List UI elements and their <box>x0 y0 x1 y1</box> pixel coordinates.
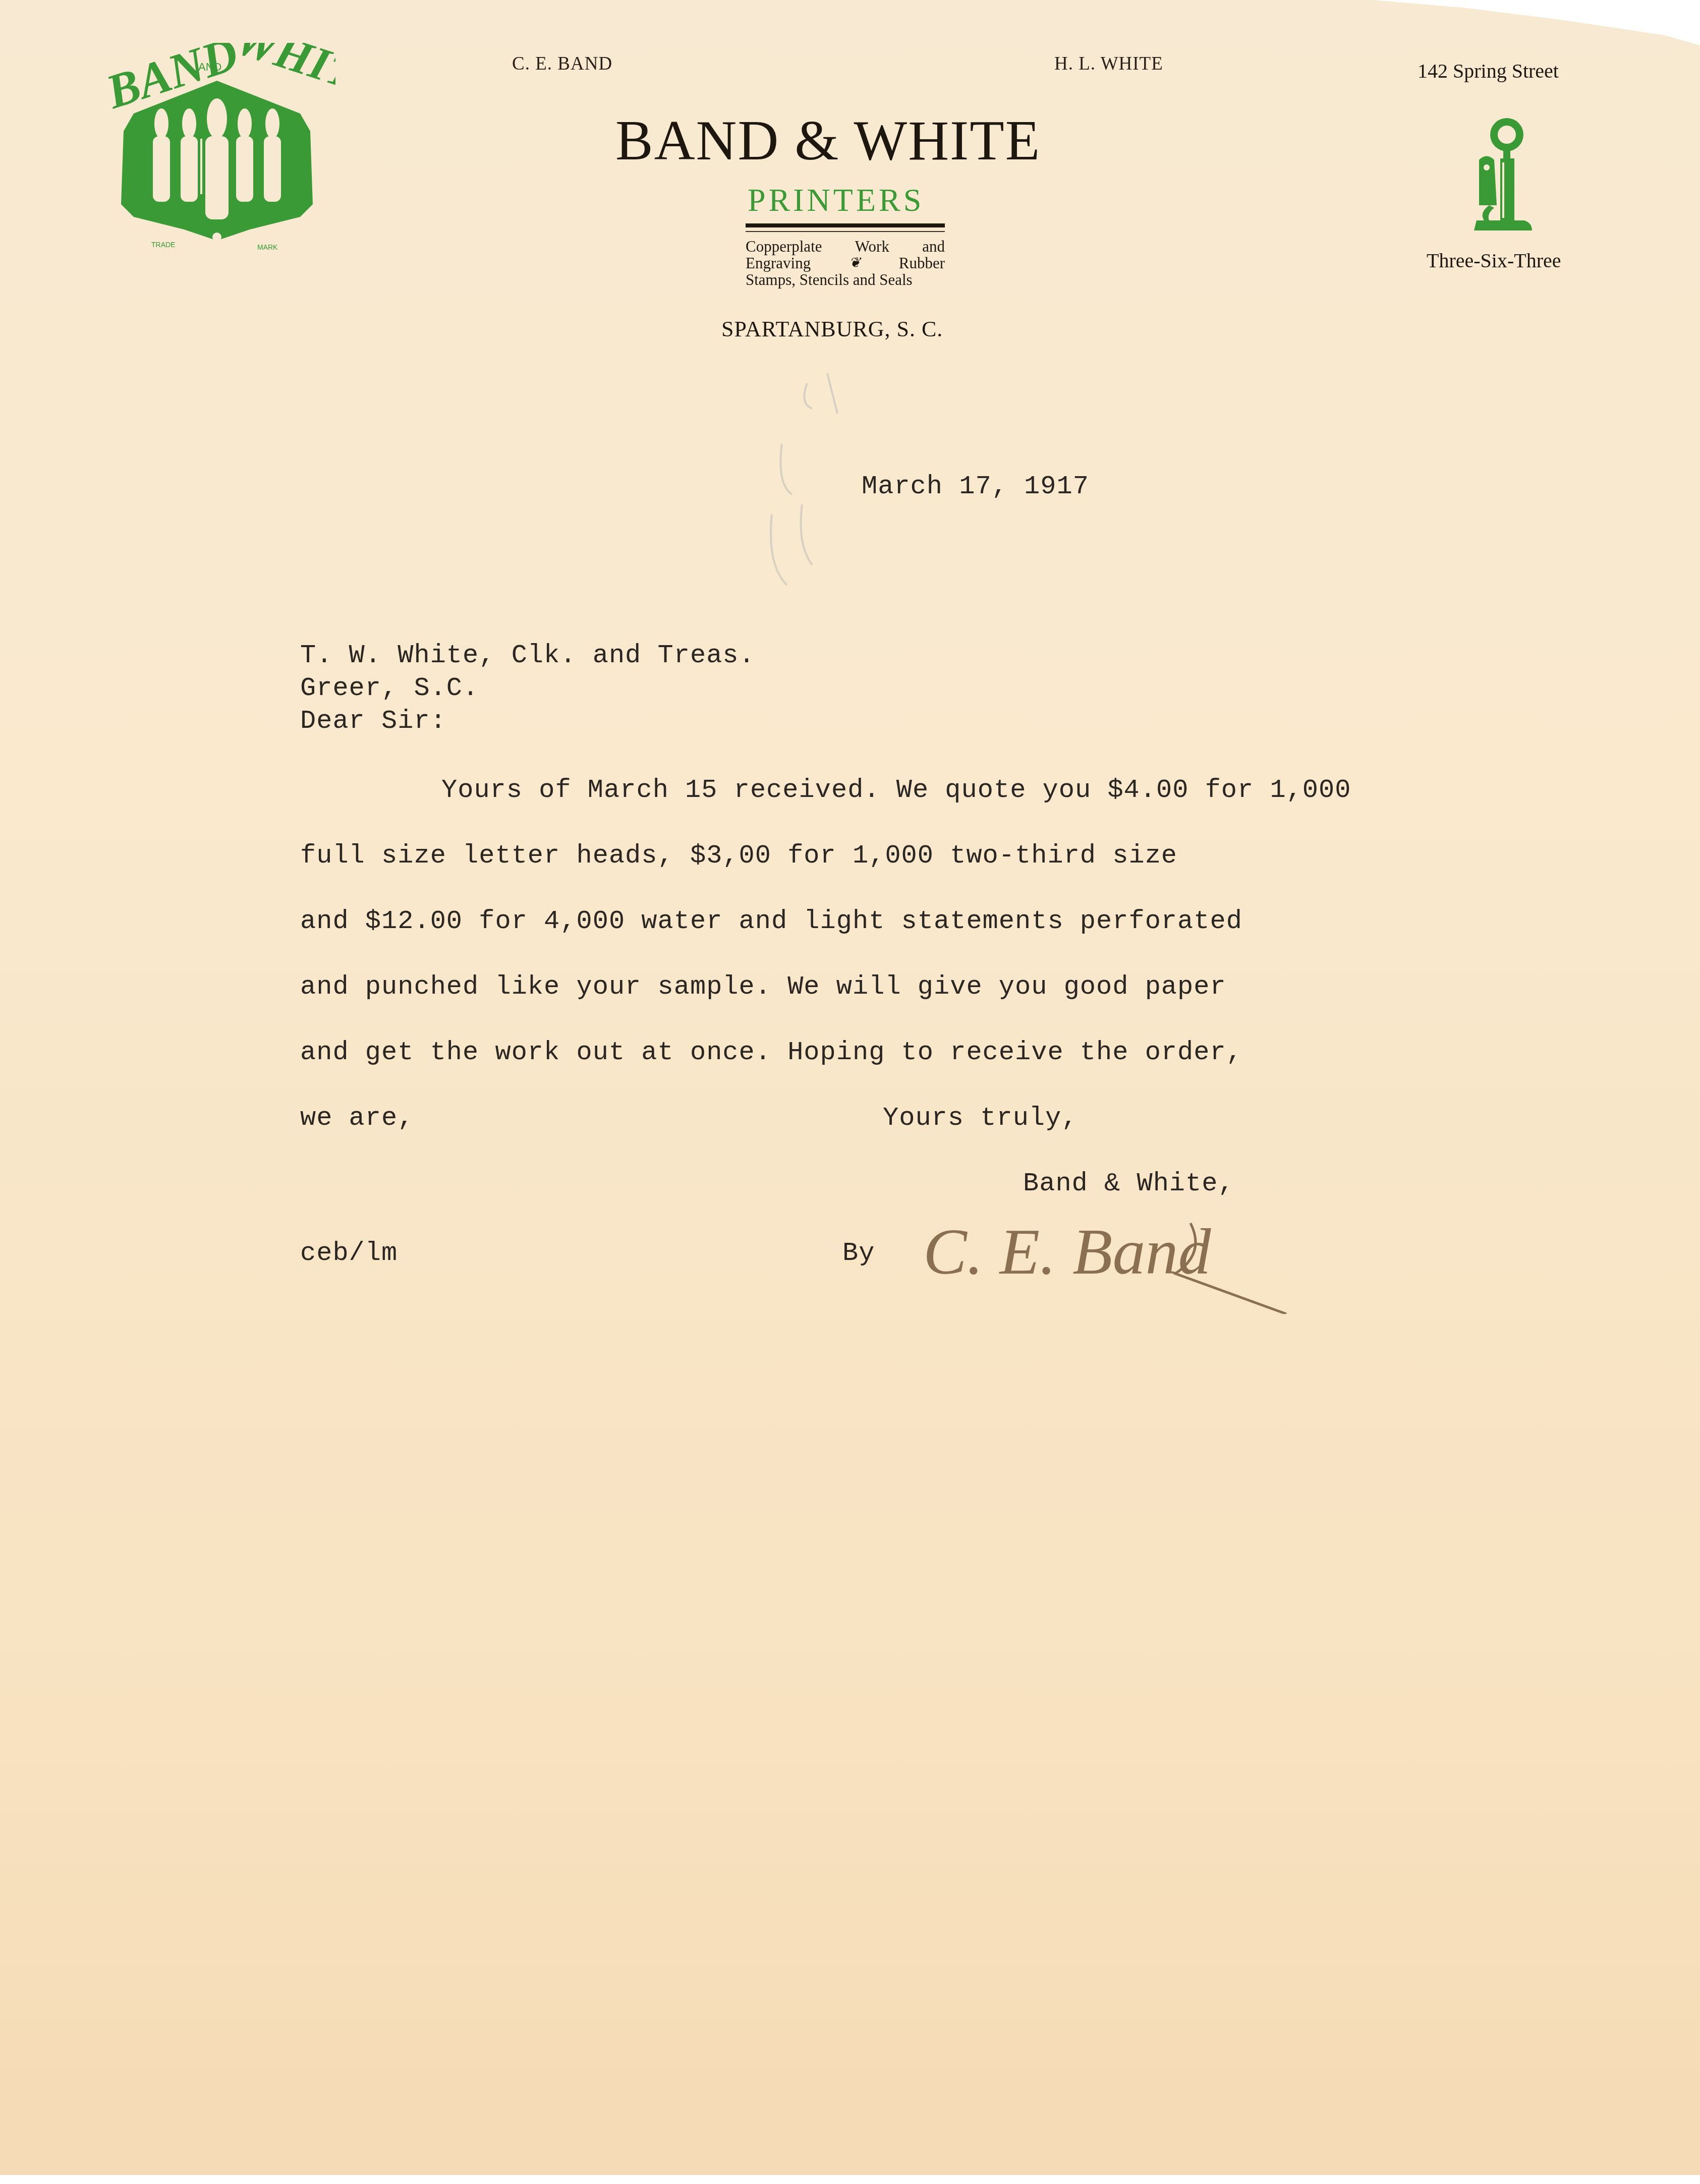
services-text: Copperplate <box>746 238 822 255</box>
heading-rule-thin <box>746 231 945 232</box>
services-block: Copperplate Work and Engraving ❦ Rubber … <box>746 238 945 288</box>
printers-subtitle: PRINTERS <box>748 182 924 219</box>
closing: Yours truly, <box>883 1103 1078 1133</box>
salutation: Dear Sir: <box>300 706 446 736</box>
body-line-5: and get the work out at once. Hoping to … <box>300 1038 1242 1067</box>
partner-name-left: C. E. BAND <box>512 53 612 75</box>
signature-firm: Band & White, <box>1023 1169 1234 1198</box>
band-and-white-logo-icon: BAND AND WHITE TRADE MARK <box>98 43 335 250</box>
services-text: Rubber <box>899 255 945 271</box>
typist-initials: ceb/lm <box>300 1238 398 1268</box>
services-text: Engraving <box>746 255 811 271</box>
signature-text: C. E. Band <box>923 1216 1212 1288</box>
body-line-2: full size letter heads, $3,00 for 1,000 … <box>300 841 1177 871</box>
services-line-3: Stamps, Stencils and Seals <box>746 271 945 288</box>
city-label: SPARTANBURG, S. C. <box>721 316 943 342</box>
handwritten-signature: C. E. Band <box>923 1213 1478 1314</box>
services-line-1: Copperplate Work and <box>746 238 945 255</box>
partner-name-right: H. L. WHITE <box>1054 53 1163 75</box>
logo-word-and: AND <box>198 61 221 73</box>
recipient-line-1: T. W. White, Clk. and Treas. <box>300 641 755 670</box>
services-text: and <box>922 238 945 255</box>
services-line-2: Engraving ❦ Rubber <box>746 255 945 271</box>
phone-number: Three-Six-Three <box>1427 249 1561 272</box>
body-line-6: we are, <box>300 1103 414 1133</box>
recipient-line-2: Greer, S.C. <box>300 673 479 703</box>
letter-date: March 17, 1917 <box>862 472 1089 501</box>
body-line-1: Yours of March 15 received. We quote you… <box>441 775 1351 805</box>
by-label: By <box>842 1238 875 1268</box>
logo-mark-label: MARK <box>257 243 278 250</box>
services-text: Stamps, Stencils and Seals <box>746 271 913 288</box>
firm-name-heading: BAND & WHITE <box>615 108 1041 174</box>
body-line-3: and $12.00 for 4,000 water and light sta… <box>300 906 1242 936</box>
pencil-notation-marks <box>752 353 853 636</box>
heading-rule-thick <box>746 223 945 227</box>
letter-paper: BAND AND WHITE TRADE MARK C. E. BAND H. … <box>0 0 1700 2175</box>
logo-trade-label: TRADE <box>151 241 175 249</box>
services-text: Work <box>855 238 889 255</box>
ornament-icon: ❦ <box>849 255 861 271</box>
street-address: 142 Spring Street <box>1418 59 1559 83</box>
body-line-4: and punched like your sample. We will gi… <box>300 972 1226 1002</box>
candlestick-telephone-icon <box>1469 117 1535 233</box>
